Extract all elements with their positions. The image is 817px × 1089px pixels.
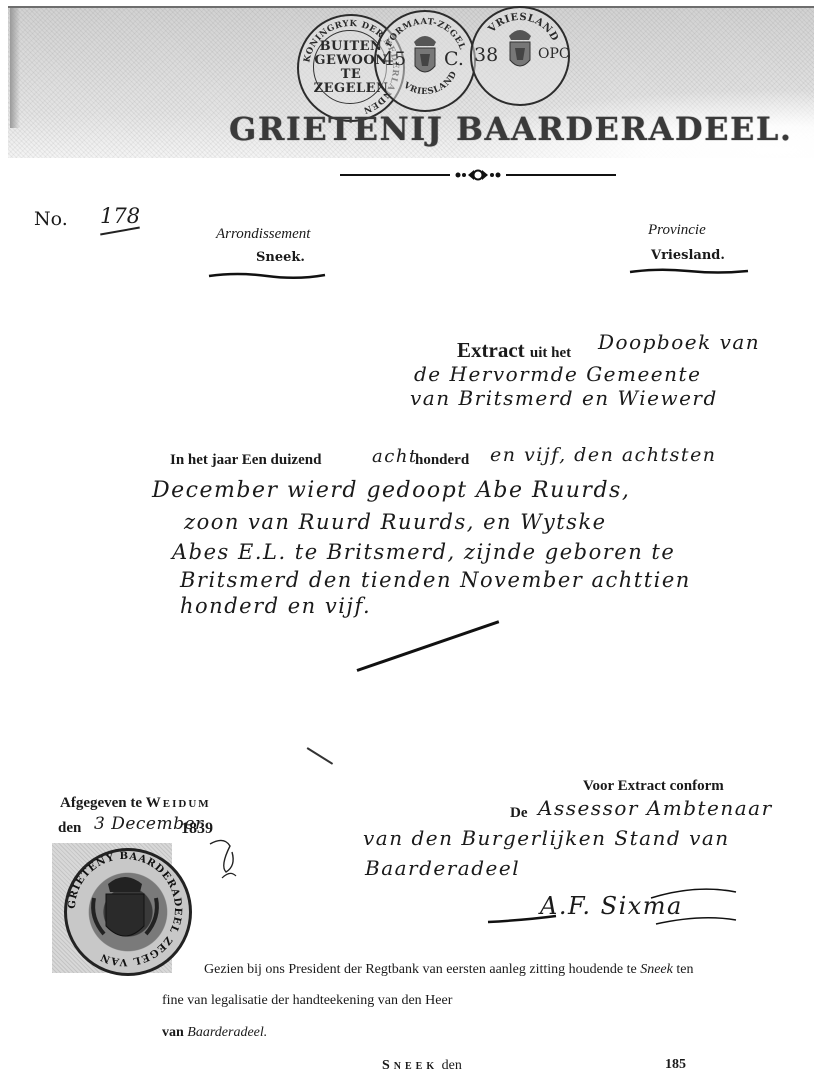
issued-line: Afgegeven te Weidum: [60, 795, 211, 812]
footer-year-prefix: 185: [665, 1057, 686, 1073]
crown-shield-icon: [410, 30, 440, 80]
legalisation-line-3: van Baarderadeel.: [162, 1025, 267, 1041]
record-number-label: No.: [34, 208, 68, 230]
legalisation-line-1: Gezien bij ons President der Regtbank va…: [204, 962, 693, 978]
signature-flourish: [486, 880, 756, 930]
extract-heading: Extract uit het: [457, 338, 571, 363]
swash-divider: [207, 272, 327, 280]
pen-mark: [307, 747, 333, 764]
body-printed-prefix: In het jaar Een duizend: [170, 452, 321, 469]
document-title: GRIETENIJ BAARDERADEEL.: [229, 110, 793, 148]
extract-source-line: Doopboek van: [598, 330, 760, 354]
issued-den-label: den: [58, 820, 81, 837]
conform-line: Assessor Ambtenaar: [538, 796, 773, 820]
body-line: December wierd gedoopt Abe Ruurds,: [152, 478, 630, 503]
extract-source-line: van Britsmerd en Wiewerd: [410, 386, 718, 410]
body-printed-mid: honderd: [415, 452, 469, 469]
stamp-value: 38: [474, 44, 498, 66]
conform-line: Baarderadeel: [365, 856, 520, 880]
arrondissement-value: Sneek.: [256, 250, 305, 265]
seal-ring-text: GRIETENY BAARDERADEEL ZEGEL VAN: [64, 848, 186, 970]
stamp-formaat-zegel: FORMAAT-ZEGEL VRIESLAND 45 C.: [374, 10, 476, 112]
stamp-center-text: BUITEN GEWOON TE ZEGELEN: [314, 40, 389, 96]
body-handwritten: acht: [372, 446, 418, 467]
swash-divider: [628, 268, 750, 276]
stamp-value-unit: C.: [444, 48, 464, 70]
grietenij-seal: GRIETENY BAARDERADEEL ZEGEL VAN: [64, 848, 192, 976]
closing-stroke: [357, 620, 500, 672]
body-line: Britsmerd den tienden November achttien: [180, 568, 691, 592]
body-handwritten: en vijf, den achtsten: [490, 444, 717, 466]
body-line: Abes E.L. te Britsmerd, zijnde geboren t…: [172, 540, 675, 564]
footer-place-line: Sneek den: [382, 1058, 462, 1074]
extract-source-line: de Hervormde Gemeente: [414, 362, 701, 386]
provincie-label: Provincie: [648, 222, 706, 239]
provincie-value: Vriesland.: [651, 248, 725, 263]
record-number-value: 178: [100, 204, 140, 228]
conform-line: van den Burgerlijken Stand van: [363, 826, 730, 850]
paraaf-initials: [206, 826, 242, 886]
stamp-value-unit: OPC: [538, 46, 570, 62]
body-line: honderd en vijf.: [180, 594, 371, 618]
legalisation-line-2: fine van legalisatie der handteekening v…: [162, 993, 452, 1009]
ornament-divider: [340, 168, 616, 182]
crown-shield-icon: [505, 24, 535, 74]
conform-heading: Voor Extract conform: [583, 778, 724, 795]
arrondissement-label: Arrondissement: [216, 226, 310, 243]
conform-de-label: De: [510, 805, 528, 822]
stamp-vriesland: VRIESLAND 38 OPC: [470, 6, 570, 106]
body-line: zoon van Ruurd Ruurds, en Wytske: [184, 510, 607, 534]
